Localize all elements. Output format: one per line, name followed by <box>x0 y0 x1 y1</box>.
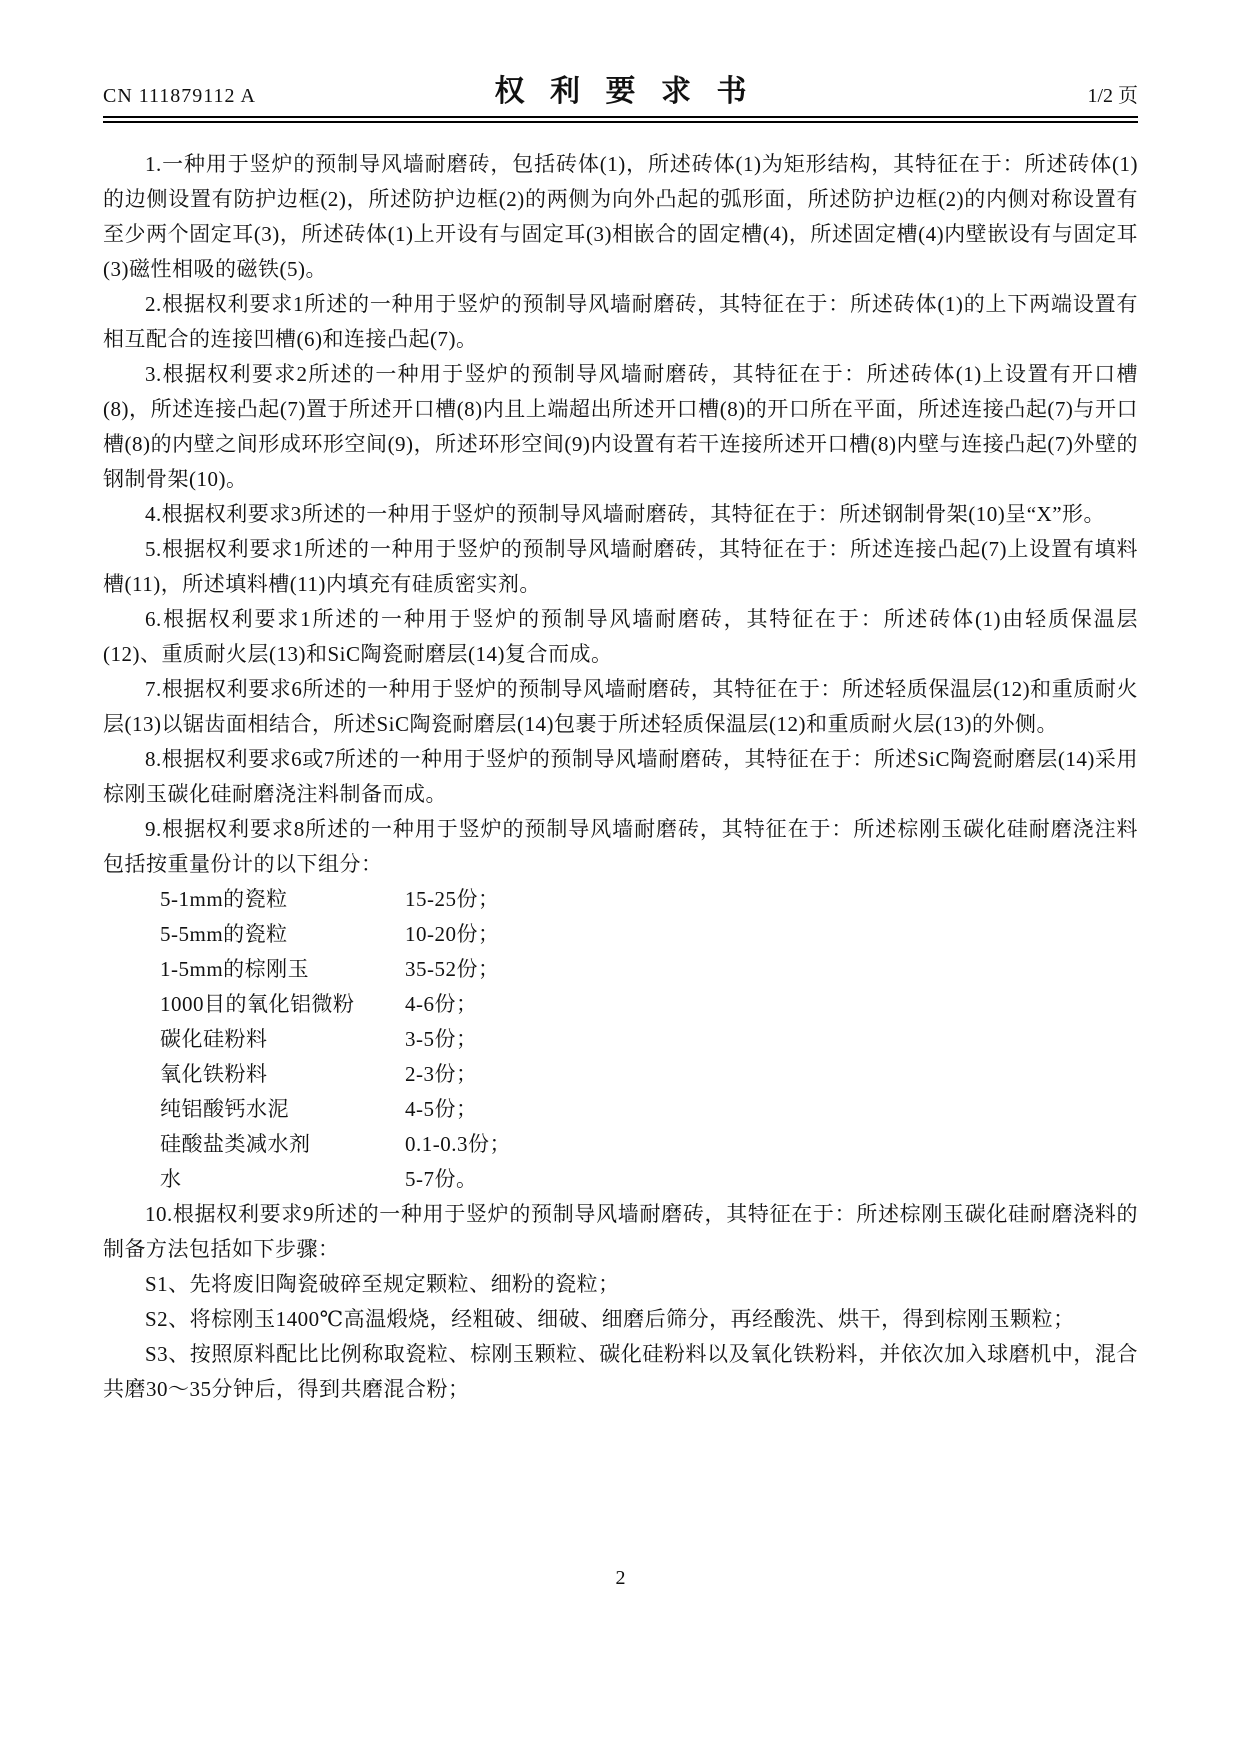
ingredient-amount: 0.1-0.3份； <box>405 1127 1138 1162</box>
claim-3: 3.根据权利要求2所述的一种用于竖炉的预制导风墙耐磨砖，其特征在于：所述砖体(1… <box>103 357 1138 497</box>
claim-9-intro: 9.根据权利要求8所述的一种用于竖炉的预制导风墙耐磨砖，其特征在于：所述棕刚玉碳… <box>103 812 1138 882</box>
ingredient-amount: 5-7份。 <box>405 1162 1138 1197</box>
ingredient-name: 纯铝酸钙水泥 <box>160 1092 405 1127</box>
ingredient-name: 氧化铁粉料 <box>160 1057 405 1092</box>
ingredient-list: 5-1mm的瓷粒 15-25份； 5-5mm的瓷粒 10-20份； 1-5mm的… <box>103 882 1138 1197</box>
ingredient-row: 碳化硅粉料 3-5份； <box>160 1022 1138 1057</box>
ingredient-name: 5-5mm的瓷粒 <box>160 917 405 952</box>
claim-10-step-s1: S1、先将废旧陶瓷破碎至规定颗粒、细粉的瓷粒； <box>103 1267 1138 1302</box>
ingredient-amount: 3-5份； <box>405 1022 1138 1057</box>
publication-number: CN 111879112 A <box>103 85 256 110</box>
ingredient-name: 1000目的氧化铝微粉 <box>160 987 405 1022</box>
ingredient-name: 碳化硅粉料 <box>160 1022 405 1057</box>
ingredient-amount: 4-5份； <box>405 1092 1138 1127</box>
claims-body: 1.一种用于竖炉的预制导风墙耐磨砖，包括砖体(1)，所述砖体(1)为矩形结构，其… <box>103 147 1138 1407</box>
claim-4: 4.根据权利要求3所述的一种用于竖炉的预制导风墙耐磨砖，其特征在于：所述钢制骨架… <box>103 497 1138 532</box>
ingredient-amount: 35-52份； <box>405 952 1138 987</box>
page-number: 2 <box>616 1567 626 1589</box>
claim-7: 7.根据权利要求6所述的一种用于竖炉的预制导风墙耐磨砖，其特征在于：所述轻质保温… <box>103 672 1138 742</box>
ingredient-amount: 10-20份； <box>405 917 1138 952</box>
claim-8: 8.根据权利要求6或7所述的一种用于竖炉的预制导风墙耐磨砖，其特征在于：所述Si… <box>103 742 1138 812</box>
ingredient-amount: 15-25份； <box>405 882 1138 917</box>
ingredient-amount: 4-6份； <box>405 987 1138 1022</box>
page-indicator: 1/2 页 <box>1087 79 1138 110</box>
ingredient-name: 水 <box>160 1162 405 1197</box>
patent-claims-page: CN 111879112 A 权利要求书 1/2 页 1.一种用于竖炉的预制导风… <box>0 0 1240 1754</box>
ingredient-row: 5-1mm的瓷粒 15-25份； <box>160 882 1138 917</box>
claim-6: 6.根据权利要求1所述的一种用于竖炉的预制导风墙耐磨砖，其特征在于：所述砖体(1… <box>103 602 1138 672</box>
claim-1: 1.一种用于竖炉的预制导风墙耐磨砖，包括砖体(1)，所述砖体(1)为矩形结构，其… <box>103 147 1138 287</box>
ingredient-name: 5-1mm的瓷粒 <box>160 882 405 917</box>
ingredient-row: 氧化铁粉料 2-3份； <box>160 1057 1138 1092</box>
page-footer: 2 <box>103 1567 1138 1590</box>
ingredient-row: 纯铝酸钙水泥 4-5份； <box>160 1092 1138 1127</box>
claim-10-intro: 10.根据权利要求9所述的一种用于竖炉的预制导风墙耐磨砖，其特征在于：所述棕刚玉… <box>103 1197 1138 1267</box>
header-divider <box>103 116 1138 123</box>
claim-2: 2.根据权利要求1所述的一种用于竖炉的预制导风墙耐磨砖，其特征在于：所述砖体(1… <box>103 287 1138 357</box>
ingredient-row: 5-5mm的瓷粒 10-20份； <box>160 917 1138 952</box>
ingredient-row: 水 5-7份。 <box>160 1162 1138 1197</box>
claim-10-step-s2: S2、将棕刚玉1400℃高温煅烧，经粗破、细破、细磨后筛分，再经酸洗、烘干，得到… <box>103 1302 1138 1337</box>
ingredient-row: 1-5mm的棕刚玉 35-52份； <box>160 952 1138 987</box>
ingredient-name: 1-5mm的棕刚玉 <box>160 952 405 987</box>
ingredient-name: 硅酸盐类减水剂 <box>160 1127 405 1162</box>
document-title: 权利要求书 <box>469 66 772 110</box>
ingredient-amount: 2-3份； <box>405 1057 1138 1092</box>
claim-10-step-s3: S3、按照原料配比比例称取瓷粒、棕刚玉颗粒、碳化硅粉料以及氧化铁粉料，并依次加入… <box>103 1337 1138 1407</box>
page-header: CN 111879112 A 权利要求书 1/2 页 <box>103 66 1138 116</box>
ingredient-row: 硅酸盐类减水剂 0.1-0.3份； <box>160 1127 1138 1162</box>
claim-5: 5.根据权利要求1所述的一种用于竖炉的预制导风墙耐磨砖，其特征在于：所述连接凸起… <box>103 532 1138 602</box>
ingredient-row: 1000目的氧化铝微粉 4-6份； <box>160 987 1138 1022</box>
